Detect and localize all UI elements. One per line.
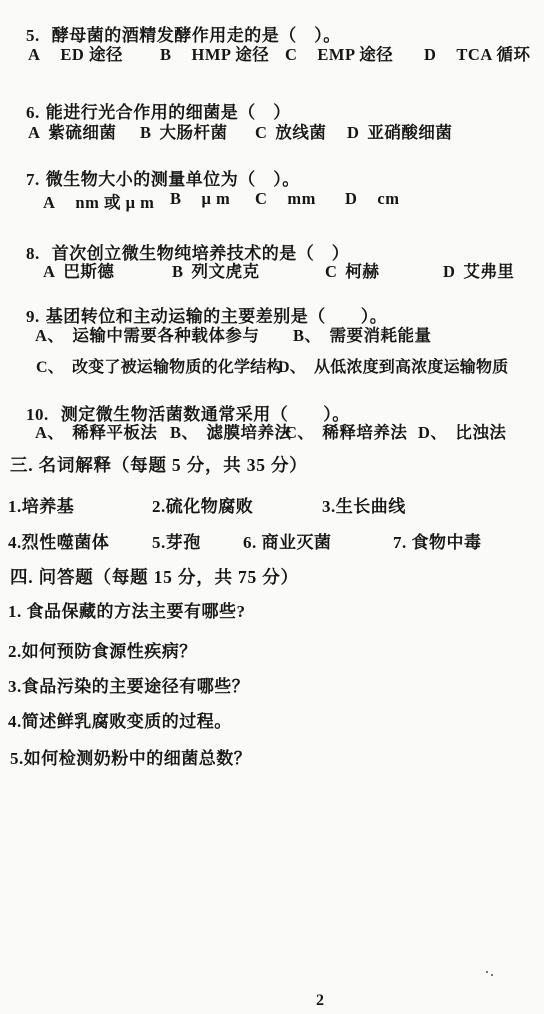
term-item: 3.生长曲线 — [322, 492, 406, 517]
option-text: mm — [287, 189, 316, 208]
term-text: 硫化物腐败 — [166, 497, 254, 516]
question-10-options: A、稀释平板法 B、滤膜培养法 C、稀释培养法 D、比浊法 — [0, 419, 544, 441]
option-text: 大肠杆菌 — [160, 123, 228, 142]
term-item: 4.烈性噬菌体 — [8, 528, 109, 553]
option-label: C、 — [285, 423, 314, 442]
option-label: A、 — [35, 423, 64, 442]
option-text: 放线菌 — [275, 123, 326, 142]
option-text: 滤膜培养法 — [207, 423, 292, 442]
question-9-options-row1: A、运输中需要各种载体参与 B、需要消耗能量 — [0, 322, 544, 344]
term-number: 1. — [8, 497, 22, 516]
term-item: 2.硫化物腐败 — [152, 492, 253, 517]
option-label: A — [28, 45, 40, 64]
option-label: C、 — [36, 359, 64, 376]
option-label: D — [347, 123, 359, 142]
term-item: 6. 商业灭菌 — [243, 528, 332, 553]
option-a: A、稀释平板法 — [35, 419, 157, 443]
option-text: 稀释平板法 — [72, 423, 157, 442]
term-text: 芽孢 — [166, 533, 201, 552]
term-text: 食物中毒 — [407, 533, 482, 552]
option-text: μ m — [202, 189, 231, 208]
term-item: 7. 食物中毒 — [393, 528, 482, 553]
option-d: D艾弗里 — [443, 258, 514, 282]
option-a: A巴斯德 — [43, 258, 114, 282]
option-label: B、 — [170, 423, 199, 442]
option-text: 运输中需要各种载体参与 — [72, 326, 259, 345]
terms-row-1: 1.培养基 2.硫化物腐败 3.生长曲线 — [0, 492, 544, 514]
option-label: D、 — [418, 423, 447, 442]
question-stem: 微生物大小的测量单位为（ ）。 — [46, 170, 300, 189]
option-c: C放线菌 — [255, 119, 326, 143]
question-6-options: A紫硫细菌 B大肠杆菌 C放线菌 D亚硝酸细菌 — [0, 119, 544, 141]
question-8-options: A巴斯德 B列文虎克 C柯赫 D艾弗里 — [0, 258, 544, 280]
option-label: D — [345, 189, 357, 208]
option-d: D、从低浓度到高浓度运输物质 — [278, 354, 508, 377]
option-a: AED 途径 — [28, 41, 123, 65]
term-text: 培养基 — [22, 497, 75, 516]
option-a: A、运输中需要各种载体参与 — [35, 322, 259, 346]
question-5-options: AED 途径 BHMP 途径 CEMP 途径 DTCA 循环 — [0, 41, 544, 63]
option-label: C — [285, 45, 297, 64]
option-label: D — [443, 262, 455, 281]
question-number: 7. — [26, 170, 40, 189]
term-text: 商业灭菌 — [257, 533, 332, 552]
option-d: D、比浊法 — [418, 419, 506, 443]
option-c: C、稀释培养法 — [285, 419, 407, 443]
option-c: CEMP 途径 — [285, 41, 393, 65]
section-terms-heading: 三. 名词解释（每题 5 分，共 35 分） — [10, 456, 308, 475]
option-text: TCA 循环 — [456, 45, 530, 64]
term-text: 生长曲线 — [336, 497, 406, 516]
essay-question-1: 1. 食品保藏的方法主要有哪些? — [8, 603, 246, 622]
section-essay-heading: 四. 问答题（每题 15 分，共 75 分） — [10, 568, 299, 587]
option-text: 从低浓度到高浓度运输物质 — [314, 359, 508, 376]
option-label: A — [43, 262, 55, 281]
term-text: 烈性噬菌体 — [22, 533, 110, 552]
option-text: 亚硝酸细菌 — [367, 123, 452, 142]
option-label: C — [255, 189, 267, 208]
option-label: D、 — [278, 359, 306, 376]
option-text: EMP 途径 — [317, 45, 393, 64]
option-label: C — [325, 262, 337, 281]
option-d: Dcm — [345, 189, 400, 209]
option-label: A、 — [35, 326, 64, 345]
option-b: B大肠杆菌 — [140, 119, 228, 143]
option-text: cm — [377, 189, 399, 208]
question-9-options-row2: C、改变了被运输物质的化学结构 D、从低浓度到高浓度运输物质 — [0, 354, 544, 376]
term-number: 2. — [152, 497, 166, 516]
option-label: C — [255, 123, 267, 142]
option-label: B — [160, 45, 172, 64]
essay-question-2: 2.如何预防食源性疾病？ — [8, 643, 197, 662]
exam-page: 5.酵母菌的酒精发酵作用走的是（ ）。 AED 途径 BHMP 途径 CEMP … — [0, 0, 544, 1014]
option-label: B — [170, 189, 182, 208]
option-text: nm 或 μ m — [75, 193, 154, 212]
option-label: B — [172, 262, 184, 281]
term-number: 5. — [152, 533, 166, 552]
option-text: 比浊法 — [455, 423, 506, 442]
option-text: 巴斯德 — [63, 262, 114, 281]
terms-row-2: 4.烈性噬菌体 5.芽孢 6. 商业灭菌 7. 食物中毒 — [0, 528, 544, 550]
term-number: 6. — [243, 533, 257, 552]
option-a: A紫硫细菌 — [28, 119, 116, 143]
option-label: B — [140, 123, 152, 142]
option-text: 艾弗里 — [463, 262, 514, 281]
option-label: B、 — [293, 326, 322, 345]
option-b: B、滤膜培养法 — [170, 419, 292, 443]
essay-question-3: 3.食品污染的主要途径有哪些？ — [8, 678, 249, 697]
option-c: Cmm — [255, 189, 316, 209]
option-text: 列文虎克 — [192, 262, 260, 281]
term-number: 4. — [8, 533, 22, 552]
term-item: 5.芽孢 — [152, 528, 201, 553]
essay-question-5: 5.如何检测奶粉中的细菌总数？ — [10, 750, 251, 769]
option-label: A — [43, 193, 55, 212]
option-label: A — [28, 123, 40, 142]
option-c: C柯赫 — [325, 258, 379, 282]
option-b: B列文虎克 — [172, 258, 260, 282]
option-text: HMP 途径 — [192, 45, 270, 64]
option-b: BHMP 途径 — [160, 41, 269, 65]
option-text: 稀释培养法 — [322, 423, 407, 442]
option-text: 柯赫 — [345, 262, 379, 281]
option-b: Bμ m — [170, 189, 230, 209]
term-item: 1.培养基 — [8, 492, 74, 517]
option-b: B、需要消耗能量 — [293, 322, 432, 346]
question-7-options: Anm 或 μ m Bμ m Cmm Dcm — [0, 189, 544, 211]
term-number: 7. — [393, 533, 407, 552]
option-text: 需要消耗能量 — [330, 326, 432, 345]
option-a: Anm 或 μ m — [43, 189, 154, 213]
scan-speck — [486, 971, 488, 973]
option-c: C、改变了被运输物质的化学结构 — [36, 354, 283, 377]
essay-question-4: 4.简述鲜乳腐败变质的过程。 — [8, 713, 232, 732]
option-label: D — [424, 45, 436, 64]
page-number: 2 — [316, 992, 324, 1010]
option-text: ED 途径 — [60, 45, 123, 64]
option-text: 紫硫细菌 — [48, 123, 116, 142]
term-number: 3. — [322, 497, 336, 516]
option-d: DTCA 循环 — [424, 41, 530, 65]
option-d: D亚硝酸细菌 — [347, 119, 452, 143]
option-text: 改变了被运输物质的化学结构 — [72, 359, 283, 376]
